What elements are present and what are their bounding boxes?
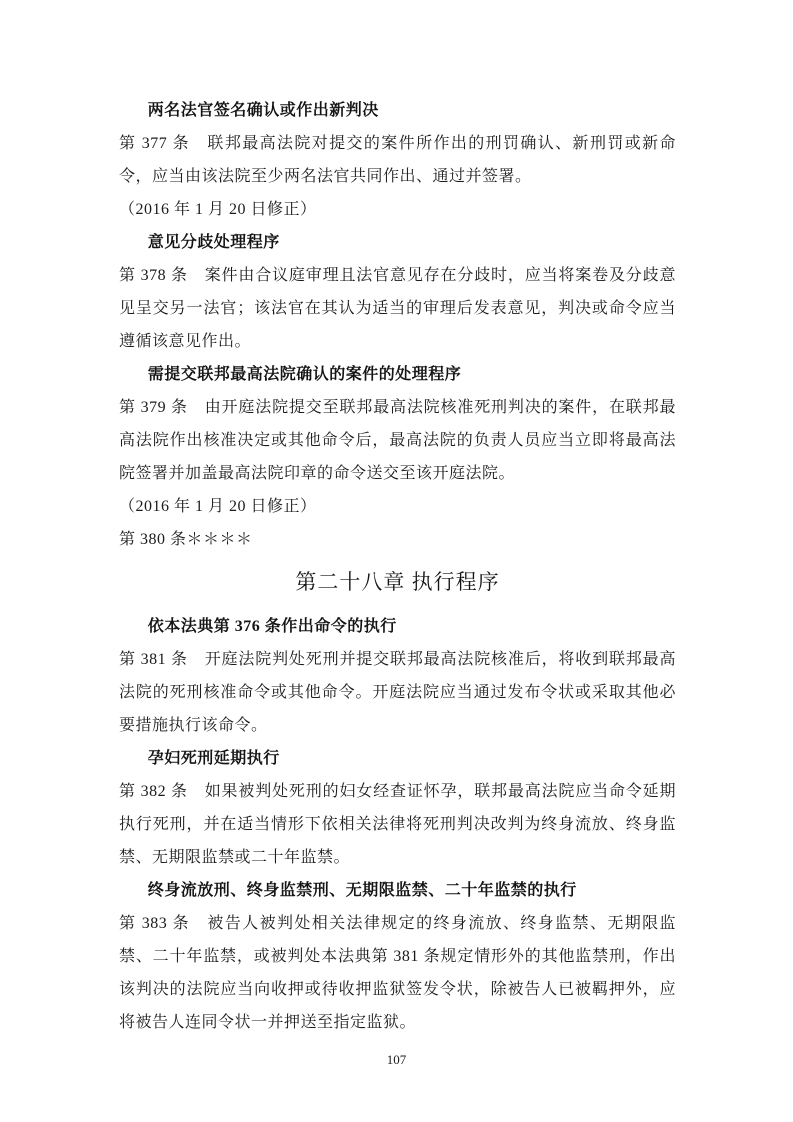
amendment-note-article-379: （2016 年 1 月 20 日修正）: [119, 490, 676, 523]
amendment-note-article-377: （2016 年 1 月 20 日修正）: [119, 193, 676, 226]
page-number: 107: [0, 1052, 793, 1068]
section-heading-article-379: 需提交联邦最高法院确认的案件的处理程序: [119, 358, 676, 391]
article-380-stub: 第 380 条＊＊＊＊: [119, 523, 676, 556]
section-heading-article-382: 孕妇死刑延期执行: [119, 742, 676, 775]
section-heading-article-378: 意见分歧处理程序: [119, 226, 676, 259]
section-heading-article-381: 依本法典第 376 条作出命令的执行: [119, 610, 676, 643]
article-378-text: 第 378 条 案件由合议庭审理且法官意见存在分歧时，应当将案卷及分歧意见呈交另…: [119, 259, 676, 358]
chapter-28-title: 第二十八章 执行程序: [119, 563, 676, 601]
article-379-text: 第 379 条 由开庭法院提交至联邦最高法院核准死刑判决的案件，在联邦最高法院作…: [119, 391, 676, 490]
document-page: 两名法官签名确认或作出新判决 第 377 条 联邦最高法院对提交的案件所作出的刑…: [0, 0, 793, 1122]
article-377-text: 第 377 条 联邦最高法院对提交的案件所作出的刑罚确认、新刑罚或新命令，应当由…: [119, 127, 676, 193]
section-heading-article-377: 两名法官签名确认或作出新判决: [119, 94, 676, 127]
article-382-text: 第 382 条 如果被判处死刑的妇女经查证怀孕，联邦最高法院应当命令延期执行死刑…: [119, 775, 676, 874]
article-383-text: 第 383 条 被告人被判处相关法律规定的终身流放、终身监禁、无期限监禁、二十年…: [119, 907, 676, 1039]
document-body: 两名法官签名确认或作出新判决 第 377 条 联邦最高法院对提交的案件所作出的刑…: [119, 94, 676, 1039]
section-heading-article-383: 终身流放刑、终身监禁刑、无期限监禁、二十年监禁的执行: [119, 874, 676, 907]
article-381-text: 第 381 条 开庭法院判处死刑并提交联邦最高法院核准后，将收到联邦最高法院的死…: [119, 643, 676, 742]
